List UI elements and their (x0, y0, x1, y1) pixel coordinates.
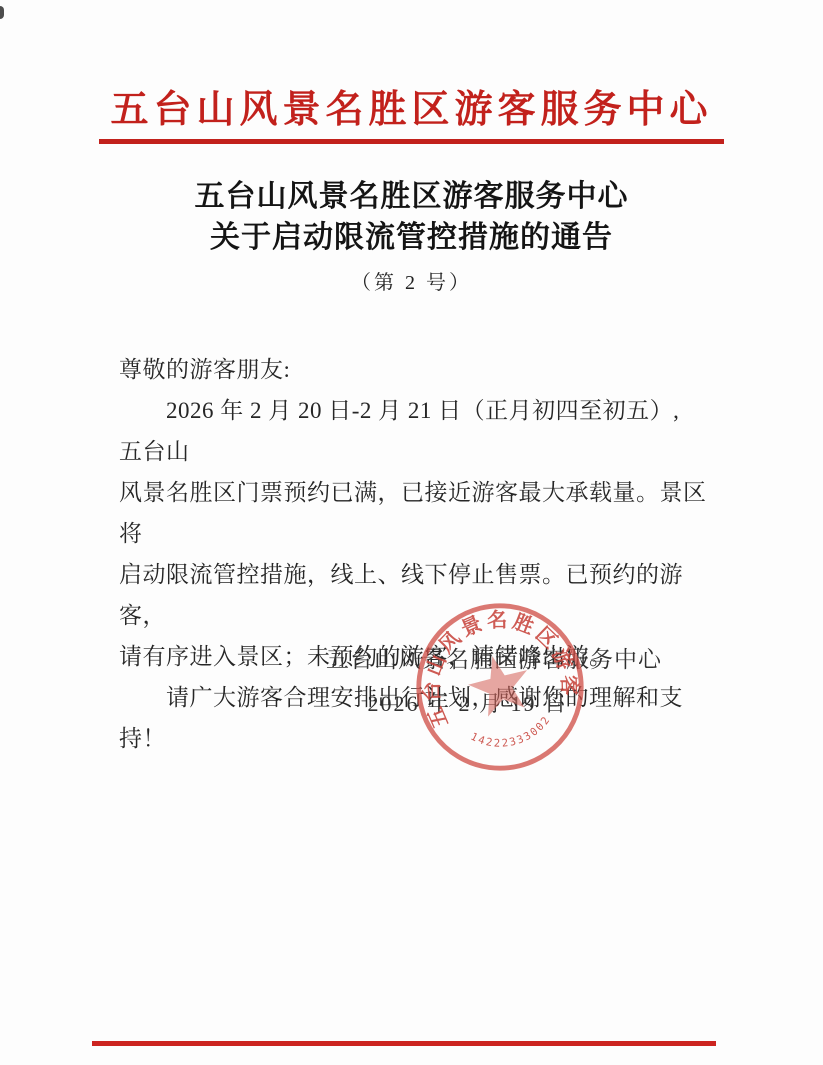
signature-date: 2026 年 2 月 19 日 (0, 687, 568, 718)
signature-org-name: 五台山风景名胜区游客服务中心 (0, 641, 662, 674)
issue-number: （第 2 号） (0, 266, 823, 295)
document-title-line2: 关于启动限流管控措施的通告 (0, 217, 823, 258)
scan-artifact (0, 6, 4, 19)
salutation: 尊敬的游客朋友: (119, 349, 707, 390)
body-line: 风景名胜区门票预约已满，已接近游客最大承载量。景区将 (119, 472, 707, 554)
body-line: 启动限流管控措施，线上、线下停止售票。已预约的游客， (119, 554, 707, 636)
document-title-line1: 五台山风景名胜区游客服务中心 (0, 176, 823, 217)
document-title: 五台山风景名胜区游客服务中心 关于启动限流管控措施的通告 (0, 176, 823, 258)
document-page: 五台山风景名胜区游客服务中心 五台山风景名胜区游客服务中心 关于启动限流管控措施… (0, 0, 823, 1065)
letterhead-divider (99, 139, 724, 144)
body-line: 2026 年 2 月 20 日-2 月 21 日（正月初四至初五）, 五台山 (119, 390, 707, 472)
letterhead-org-name: 五台山风景名胜区游客服务中心 (0, 78, 823, 133)
footer-divider (92, 1041, 716, 1046)
